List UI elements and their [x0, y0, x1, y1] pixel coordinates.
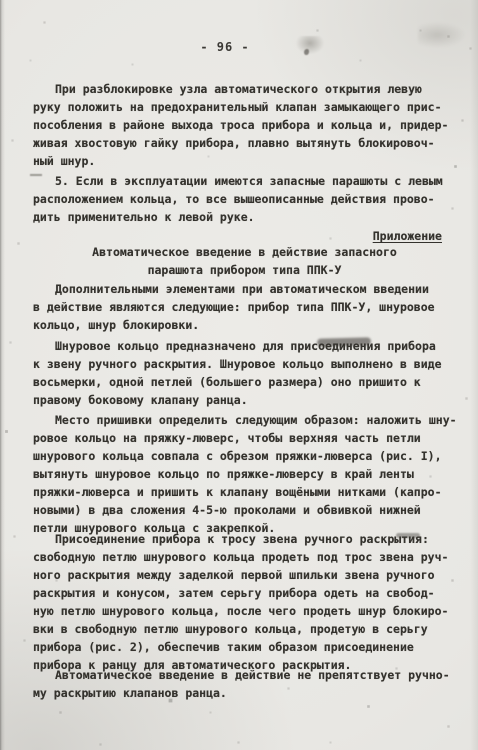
paragraph-additional-elements: Дополнительными элементами при автоматич…	[33, 280, 456, 334]
paragraph-manual-opening-note: Автоматическое введение в действие не пр…	[33, 666, 456, 702]
text-line: Дополнительными элементами при автоматич…	[33, 280, 456, 298]
text-line: прибора (рис. 2), обеспечив таким образо…	[33, 638, 456, 656]
text-line: живая хвостовую гайку прибора, плавно вы…	[33, 134, 456, 152]
appendix-label: Приложение	[33, 225, 456, 245]
text-line: пособления в районе выхода троса прибора…	[33, 116, 456, 134]
scanned-page: - 96 - При разблокировке узла автоматиче…	[0, 0, 478, 750]
text-line: Шнуровое кольцо предназначено для присое…	[33, 337, 456, 355]
paragraph-cord-ring: Шнуровое кольцо предназначено для присое…	[33, 337, 456, 409]
text-line: Автоматическое введение в действие запас…	[33, 243, 456, 261]
text-line: дить применительно к левой руке.	[33, 208, 456, 226]
section-heading: Автоматическое введение в действие запас…	[33, 243, 456, 279]
text-line: Место пришивки определить следующим обра…	[33, 411, 456, 429]
text-line: При разблокировке узла автоматического о…	[33, 80, 456, 98]
text-line: пряжки-люверса и пришить к клапану вощён…	[33, 483, 456, 501]
text-line: новыми) в два сложения 4-5-ю проколами и…	[33, 501, 456, 519]
text-line: восьмерки, одной петлей (большего размер…	[33, 373, 456, 391]
text-line: вытянуть шнуровое кольцо по пряжке-лювер…	[33, 465, 456, 483]
page-number: - 96 -	[0, 40, 450, 54]
text-line: раскрытия и конусом, затем серьгу прибор…	[33, 584, 456, 602]
text-line: вки в свободную петлю шнурового кольца, …	[33, 620, 456, 638]
text-line: к звену ручного раскрытия. Шнуровое коль…	[33, 355, 456, 373]
paper-noise	[0, 0, 1, 1]
paragraph-unlock-procedure: При разблокировке узла автоматического о…	[33, 80, 456, 170]
text-line: свободную петлю шнурового кольца продеть…	[33, 548, 456, 566]
paragraph-sewing-place: Место пришивки определить следующим обра…	[33, 411, 456, 537]
text-line: ного раскрытия между заделкой первой шпи…	[33, 566, 456, 584]
text-line: Присоединение прибора к тросу звена ручн…	[33, 530, 456, 548]
paragraph-device-attachment: Присоединение прибора к тросу звена ручн…	[33, 530, 456, 674]
text-line: кольцо, шнур блокировки.	[33, 316, 456, 334]
text-line: правому боковому клапану ранца.	[33, 391, 456, 409]
text-line: 5. Если в эксплуатации имеются запасные …	[33, 172, 456, 190]
text-line: расположением кольца, то все вышеописанн…	[33, 190, 456, 208]
text-line: ный шнур.	[33, 152, 456, 170]
text-line: Автоматическое введение в действие не пр…	[33, 666, 456, 684]
text-line: му раскрытию клапанов ранца.	[33, 684, 456, 702]
text-line: руку положить на предохранительный клапа…	[33, 98, 456, 116]
text-line: парашюта прибором типа ППК-У	[33, 261, 456, 279]
text-line: в действие являются следующие: прибор ти…	[33, 298, 456, 316]
text-line: ную петлю шнурового кольца, после чего п…	[33, 602, 456, 620]
text-line: шнурового кольца совпала с обрезом пряжк…	[33, 447, 456, 465]
paragraph-item-5: 5. Если в эксплуатации имеются запасные …	[33, 172, 456, 226]
text-line: ровое кольцо на пряжку-люверс, чтобы вер…	[33, 429, 456, 447]
